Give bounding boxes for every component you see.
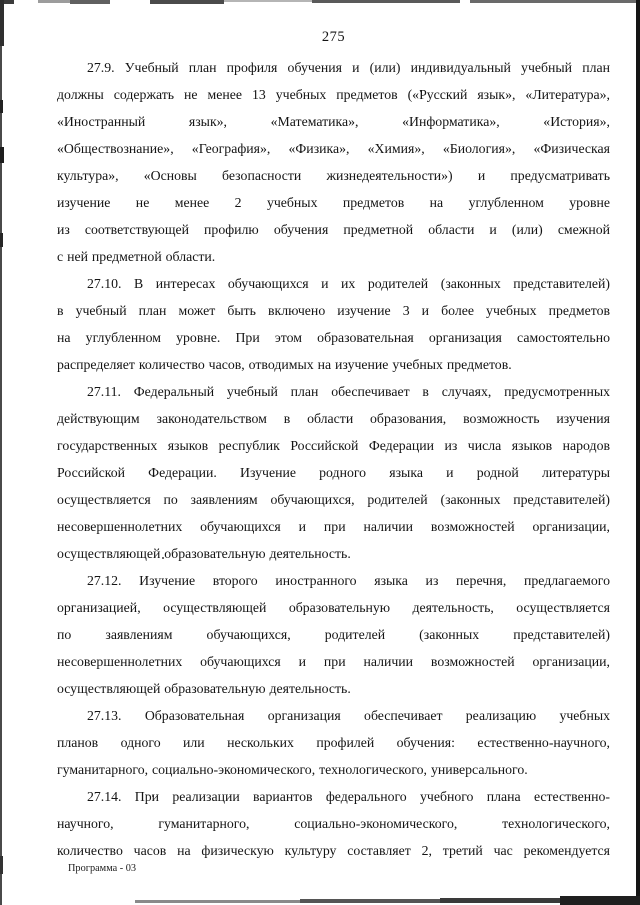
text-line: должны содержать не менее 13 учебных пре… [57, 81, 610, 108]
text-line: по заявлениям обучающихся, родителей (за… [57, 621, 610, 648]
text-line: планов одного или нескольких профилей об… [57, 729, 610, 756]
scan-artifact-bottom-edge [560, 896, 640, 905]
scan-artifact-left-speck [0, 233, 3, 247]
text-line: культура», «Основы безопасности жизнедея… [57, 162, 610, 189]
scan-artifact-top-edge [70, 0, 110, 4]
text-line: 27.14. При реализации вариантов федераль… [57, 783, 610, 810]
scan-artifact-top-edge [224, 0, 312, 2]
text-line: государственных языков республик Российс… [57, 432, 610, 459]
scan-artifact-left-edge [0, 0, 2, 905]
text-line: 27.13. Образовательная организация обесп… [57, 702, 610, 729]
text-line: несовершеннолетних обучающихся и при нал… [57, 513, 610, 540]
scan-artifact-left-edge [0, 0, 4, 46]
text-line: 27.11. Федеральный учебный план обеспечи… [57, 378, 610, 405]
scan-artifact-bottom-edge [300, 899, 440, 903]
text-line: «Иностранный язык», «Математика», «Инфор… [57, 108, 610, 135]
text-line: количество часов на физическую культуру … [57, 837, 610, 864]
text-line: на углубленном уровне. При этом образова… [57, 324, 610, 351]
text-line: организацией, осуществляющей образовател… [57, 594, 610, 621]
paragraph-27-9: 27.9. Учебный план профиля обучения и (и… [57, 54, 610, 270]
text-line: изучение не менее 2 учебных предметов на… [57, 189, 610, 216]
page-number: 275 [57, 29, 610, 46]
text-line: 27.12. Изучение второго иностранного язы… [57, 567, 610, 594]
scan-artifact-top-edge [470, 0, 640, 3]
scan-artifact-top-edge [312, 0, 460, 3]
text-line: «Обществознание», «География», «Физика»,… [57, 135, 610, 162]
text-line: распределяет количество часов, отводимых… [57, 351, 610, 378]
text-line: осуществляющей образовательную деятельно… [57, 540, 610, 567]
paragraph-27-14: 27.14. При реализации вариантов федераль… [57, 783, 610, 864]
scan-artifact-left-speck [0, 100, 3, 113]
text-line: в учебный план может быть включено изуче… [57, 297, 610, 324]
paragraph-27-13: 27.13. Образовательная организация обесп… [57, 702, 610, 783]
text-line: 27.10. В интересах обучающихся и их роди… [57, 270, 610, 297]
paragraph-27-10: 27.10. В интересах обучающихся и их роди… [57, 270, 610, 378]
scan-artifact-left-speck [0, 147, 4, 163]
text-line: осуществляется по заявлениям обучающихся… [57, 486, 610, 513]
text-line: гуманитарного, социально-экономического,… [57, 756, 610, 783]
scan-artifact-bottom-edge [440, 898, 560, 903]
text-line: 27.9. Учебный план профиля обучения и (и… [57, 54, 610, 81]
text-line: действующим законодательством в области … [57, 405, 610, 432]
paragraph-27-12: 27.12. Изучение второго иностранного язы… [57, 567, 610, 702]
document-page: 275 27.9. Учебный план профиля обучения … [0, 0, 640, 905]
footer-label: Программа - 03 [68, 863, 136, 874]
text-line: осуществляющей образовательную деятельно… [57, 675, 610, 702]
paragraph-27-11: 27.11. Федеральный учебный план обеспечи… [57, 378, 610, 567]
text-line: несовершеннолетних обучающихся и при нал… [57, 648, 610, 675]
scan-artifact-right-edge [636, 0, 640, 905]
scan-artifact-left-speck [0, 856, 3, 874]
text-line: Российской Федерации. Изучение родного я… [57, 459, 610, 486]
scan-artifact-top-edge [150, 0, 224, 4]
scan-artifact-bottom-edge [135, 900, 300, 903]
document-body: 27.9. Учебный план профиля обучения и (и… [57, 54, 610, 864]
text-line: из соответствующей профилю обучения пред… [57, 216, 610, 243]
text-line: с ней предметной области. [57, 243, 610, 270]
text-line: научного, гуманитарного, социально-эконо… [57, 810, 610, 837]
